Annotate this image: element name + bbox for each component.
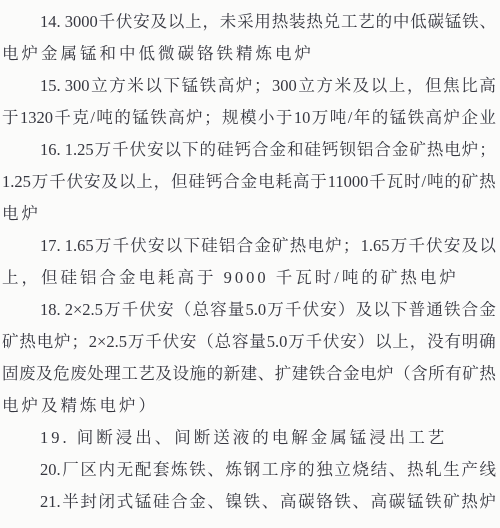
- text-line: 15. 300 立方米以下锰铁高炉；300 立方米及以上，但焦比高: [2, 70, 496, 102]
- list-item-16: 16. 1.25 万千伏安以下的硅钙合金和硅钙钡铝合金矿热电炉；1.25 万千伏…: [2, 134, 496, 230]
- list-item-19: 19. 间断浸出、间断送液的电解金属锰浸出工艺: [2, 422, 496, 454]
- list-item-14: 14. 3000 千伏安及以上，未采用热装热兑工艺的中低碳锰铁、电炉金属锰和中低…: [2, 6, 496, 70]
- text-line: 电炉: [2, 198, 496, 230]
- text-line: 固废及危废处理工艺及设施的新建、扩建铁合金电炉（含所有矿热: [2, 358, 496, 390]
- list-item-21: 21. 半封闭式锰硅合金、镍铁、高碳铬铁、高碳锰铁矿热炉: [2, 486, 496, 518]
- text-line: 16. 1.25 万千伏安以下的硅钙合金和硅钙钡铝合金矿热电炉；: [2, 134, 496, 166]
- text-line: 14. 3000 千伏安及以上，未采用热装热兑工艺的中低碳锰铁、: [2, 6, 496, 38]
- text-line: 矿热电炉；2×2.5 万千伏安（总容量 5.0 万千伏安）以上，没有明确: [2, 326, 496, 358]
- list-item-17: 17. 1.65 万千伏安以下硅铝合金矿热电炉；1.65 万千伏安及以上，但硅铝…: [2, 230, 496, 294]
- list-item-20: 20. 厂区内无配套炼铁、炼钢工序的独立烧结、热轧生产线: [2, 454, 496, 486]
- text-line: 18. 2×2.5 万千伏安（总容量 5.0 万千伏安）及以下普通铁合金: [2, 294, 496, 326]
- text-line: 于 1320 千克/吨的锰铁高炉；规模小于 10 万吨/年的锰铁高炉企业: [2, 102, 496, 134]
- text-line: 电炉及精炼电炉）: [2, 390, 496, 422]
- text-line: 17. 1.65 万千伏安以下硅铝合金矿热电炉；1.65 万千伏安及以: [2, 230, 496, 262]
- text-line: 20. 厂区内无配套炼铁、炼钢工序的独立烧结、热轧生产线: [2, 454, 496, 486]
- document-page: 14. 3000 千伏安及以上，未采用热装热兑工艺的中低碳锰铁、电炉金属锰和中低…: [0, 0, 500, 528]
- list-item-18: 18. 2×2.5 万千伏安（总容量 5.0 万千伏安）及以下普通铁合金矿热电炉…: [2, 294, 496, 422]
- text-line: 上，但硅铝合金电耗高于 9000 千瓦时/吨的矿热电炉: [2, 262, 496, 294]
- list-item-15: 15. 300 立方米以下锰铁高炉；300 立方米及以上，但焦比高于 1320 …: [2, 70, 496, 134]
- text-line: 21. 半封闭式锰硅合金、镍铁、高碳铬铁、高碳锰铁矿热炉: [2, 486, 496, 518]
- text-line: 1.25 万千伏安及以上，但硅钙合金电耗高于 11000 千瓦时/吨的矿热: [2, 166, 496, 198]
- text-line: 电炉金属锰和中低微碳铬铁精炼电炉: [2, 38, 496, 70]
- text-line: 19. 间断浸出、间断送液的电解金属锰浸出工艺: [2, 422, 496, 454]
